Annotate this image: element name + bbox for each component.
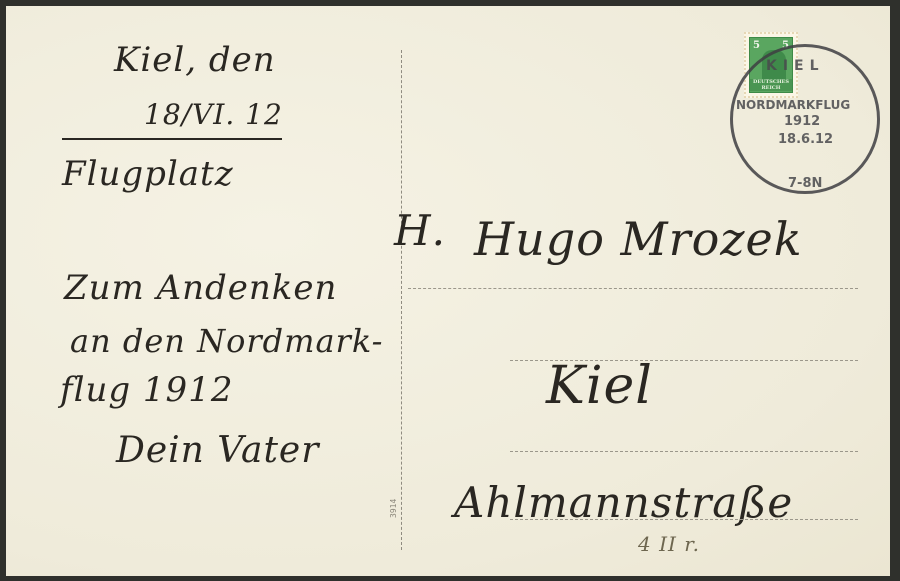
address-name: Hugo Mrozek bbox=[474, 212, 803, 266]
address-salutation: H. bbox=[394, 206, 446, 255]
date-underline bbox=[62, 138, 282, 140]
address-house-number: 4 II r. bbox=[638, 532, 700, 556]
message-place-date: Kiel, den bbox=[114, 40, 276, 80]
address-line-2 bbox=[510, 360, 858, 361]
address-city: Kiel bbox=[546, 356, 653, 416]
message-body-line1: Zum Andenken bbox=[64, 268, 337, 308]
print-number: 3914 bbox=[389, 499, 398, 518]
postmark-event: NORDMARKFLUG bbox=[736, 98, 850, 112]
message-body-line2: an den Nordmark- bbox=[70, 322, 383, 360]
postmark-city: KIEL bbox=[766, 58, 825, 74]
message-signature: Dein Vater bbox=[116, 430, 319, 471]
message-location: Flugplatz bbox=[62, 154, 234, 194]
postmark-date: 18.6.12 bbox=[778, 132, 833, 147]
postmark-year: 1912 bbox=[784, 114, 820, 129]
vertical-divider bbox=[401, 50, 402, 550]
address-line-1 bbox=[408, 288, 858, 289]
address-line-4 bbox=[510, 519, 858, 520]
message-body-line3: flug 1912 bbox=[60, 370, 233, 410]
postcard: Kiel, den 18/VI. 12 Flugplatz Zum Andenk… bbox=[6, 6, 890, 576]
stamp-value-left: 5 bbox=[753, 40, 760, 51]
address-line-3 bbox=[510, 451, 858, 452]
postmark-time: 7-8N bbox=[788, 176, 822, 191]
message-date: 18/VI. 12 bbox=[144, 98, 283, 131]
